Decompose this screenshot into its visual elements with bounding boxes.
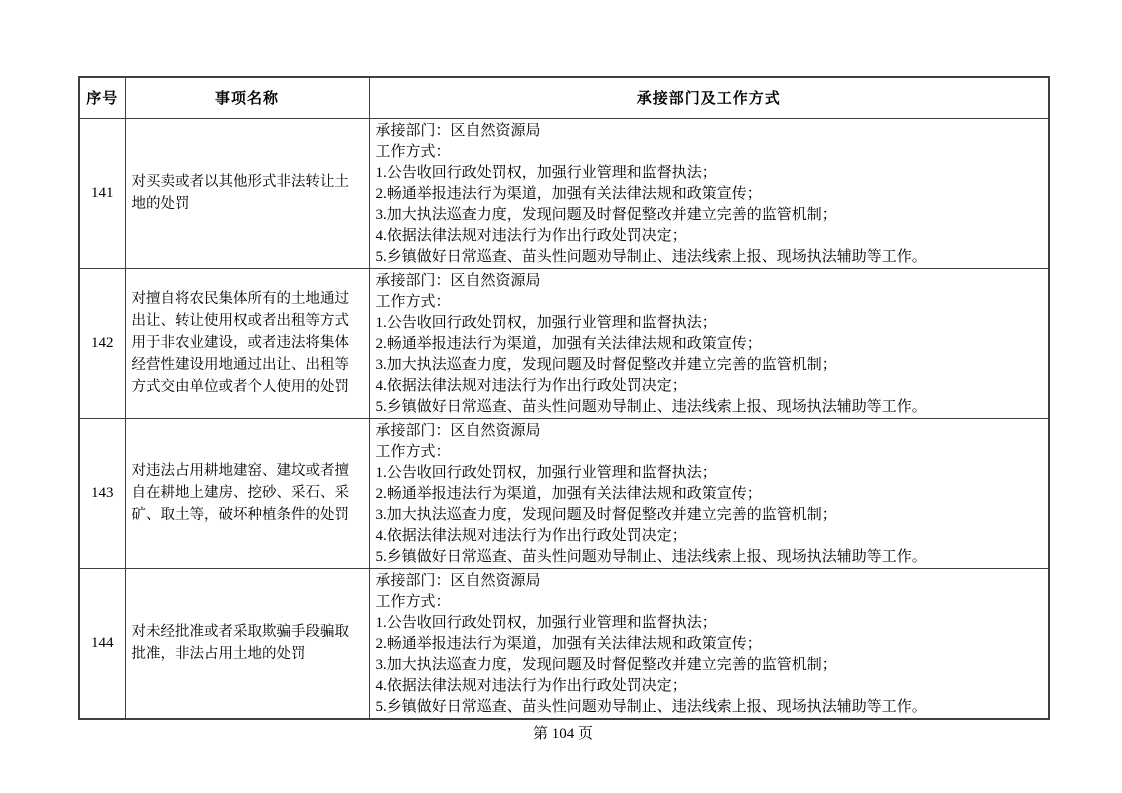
serial-cell: 141 [79,118,125,268]
detail-method-label: 工作方式： [376,592,1043,613]
detail-step-5: 5.乡镇做好日常巡查、苗头性问题劝导制止、违法线索上报、现场执法辅助等工作。 [376,697,1043,718]
item-name-cell: 对违法占用耕地建窑、建坟或者擅自在耕地上建房、挖砂、采石、采矿、取土等，破坏种植… [125,418,369,568]
detail-step-1: 1.公告收回行政处罚权，加强行业管理和监督执法； [376,613,1043,634]
table-row: 144 对未经批准或者采取欺骗手段骗取批准，非法占用土地的处罚 承接部门：区自然… [79,568,1049,719]
detail-step-4: 4.依据法律法规对违法行为作出行政处罚决定； [376,676,1043,697]
serial-cell: 143 [79,418,125,568]
detail-department-line: 承接部门：区自然资源局 [376,121,1043,142]
detail-step-5: 5.乡镇做好日常巡查、苗头性问题劝导制止、违法线索上报、现场执法辅助等工作。 [376,247,1043,268]
item-name-cell: 对未经批准或者采取欺骗手段骗取批准，非法占用土地的处罚 [125,568,369,719]
detail-department-line: 承接部门：区自然资源局 [376,571,1043,592]
detail-cell: 承接部门：区自然资源局 工作方式： 1.公告收回行政处罚权，加强行业管理和监督执… [369,418,1049,568]
detail-method-label: 工作方式： [376,442,1043,463]
item-name-cell: 对擅自将农民集体所有的土地通过出让、转让使用权或者出租等方式用于非农业建设，或者… [125,268,369,418]
serial-cell: 144 [79,568,125,719]
header-department-method: 承接部门及工作方式 [369,77,1049,118]
table-row: 143 对违法占用耕地建窑、建坟或者擅自在耕地上建房、挖砂、采石、采矿、取土等，… [79,418,1049,568]
detail-cell: 承接部门：区自然资源局 工作方式： 1.公告收回行政处罚权，加强行业管理和监督执… [369,268,1049,418]
detail-step-3: 3.加大执法巡查力度，发现问题及时督促整改并建立完善的监管机制； [376,505,1043,526]
item-name-text: 对未经批准或者采取欺骗手段骗取批准，非法占用土地的处罚 [132,621,363,665]
detail-step-2: 2.畅通举报违法行为渠道，加强有关法律法规和政策宣传； [376,334,1043,355]
detail-step-2: 2.畅通举报违法行为渠道，加强有关法律法规和政策宣传； [376,184,1043,205]
document-page: 序号 事项名称 承接部门及工作方式 141 对买卖或者以其他形式非法转让土地的处… [0,0,1122,793]
detail-step-2: 2.畅通举报违法行为渠道，加强有关法律法规和政策宣传； [376,634,1043,655]
detail-department-line: 承接部门：区自然资源局 [376,271,1043,292]
page-number: 第 104 页 [78,722,1048,743]
detail-step-3: 3.加大执法巡查力度，发现问题及时督促整改并建立完善的监管机制； [376,655,1043,676]
items-table: 序号 事项名称 承接部门及工作方式 141 对买卖或者以其他形式非法转让土地的处… [78,76,1050,720]
detail-step-5: 5.乡镇做好日常巡查、苗头性问题劝导制止、违法线索上报、现场执法辅助等工作。 [376,397,1043,418]
table-row: 142 对擅自将农民集体所有的土地通过出让、转让使用权或者出租等方式用于非农业建… [79,268,1049,418]
serial-cell: 142 [79,268,125,418]
detail-step-1: 1.公告收回行政处罚权，加强行业管理和监督执法； [376,313,1043,334]
detail-step-3: 3.加大执法巡查力度，发现问题及时督促整改并建立完善的监管机制； [376,205,1043,226]
detail-step-4: 4.依据法律法规对违法行为作出行政处罚决定； [376,526,1043,547]
detail-cell: 承接部门：区自然资源局 工作方式： 1.公告收回行政处罚权，加强行业管理和监督执… [369,118,1049,268]
header-item-name: 事项名称 [125,77,369,118]
detail-step-1: 1.公告收回行政处罚权，加强行业管理和监督执法； [376,463,1043,484]
item-name-text: 对买卖或者以其他形式非法转让土地的处罚 [132,171,363,215]
item-name-cell: 对买卖或者以其他形式非法转让土地的处罚 [125,118,369,268]
item-name-text: 对擅自将农民集体所有的土地通过出让、转让使用权或者出租等方式用于非农业建设，或者… [132,288,363,398]
detail-department-line: 承接部门：区自然资源局 [376,421,1043,442]
detail-method-label: 工作方式： [376,292,1043,313]
table-header-row: 序号 事项名称 承接部门及工作方式 [79,77,1049,118]
header-serial: 序号 [79,77,125,118]
detail-step-4: 4.依据法律法规对违法行为作出行政处罚决定； [376,376,1043,397]
detail-step-1: 1.公告收回行政处罚权，加强行业管理和监督执法； [376,163,1043,184]
table-row: 141 对买卖或者以其他形式非法转让土地的处罚 承接部门：区自然资源局 工作方式… [79,118,1049,268]
detail-method-label: 工作方式： [376,142,1043,163]
detail-cell: 承接部门：区自然资源局 工作方式： 1.公告收回行政处罚权，加强行业管理和监督执… [369,568,1049,719]
item-name-text: 对违法占用耕地建窑、建坟或者擅自在耕地上建房、挖砂、采石、采矿、取土等，破坏种植… [132,460,363,526]
detail-step-4: 4.依据法律法规对违法行为作出行政处罚决定； [376,226,1043,247]
detail-step-5: 5.乡镇做好日常巡查、苗头性问题劝导制止、违法线索上报、现场执法辅助等工作。 [376,547,1043,568]
detail-step-2: 2.畅通举报违法行为渠道，加强有关法律法规和政策宣传； [376,484,1043,505]
detail-step-3: 3.加大执法巡查力度，发现问题及时督促整改并建立完善的监管机制； [376,355,1043,376]
